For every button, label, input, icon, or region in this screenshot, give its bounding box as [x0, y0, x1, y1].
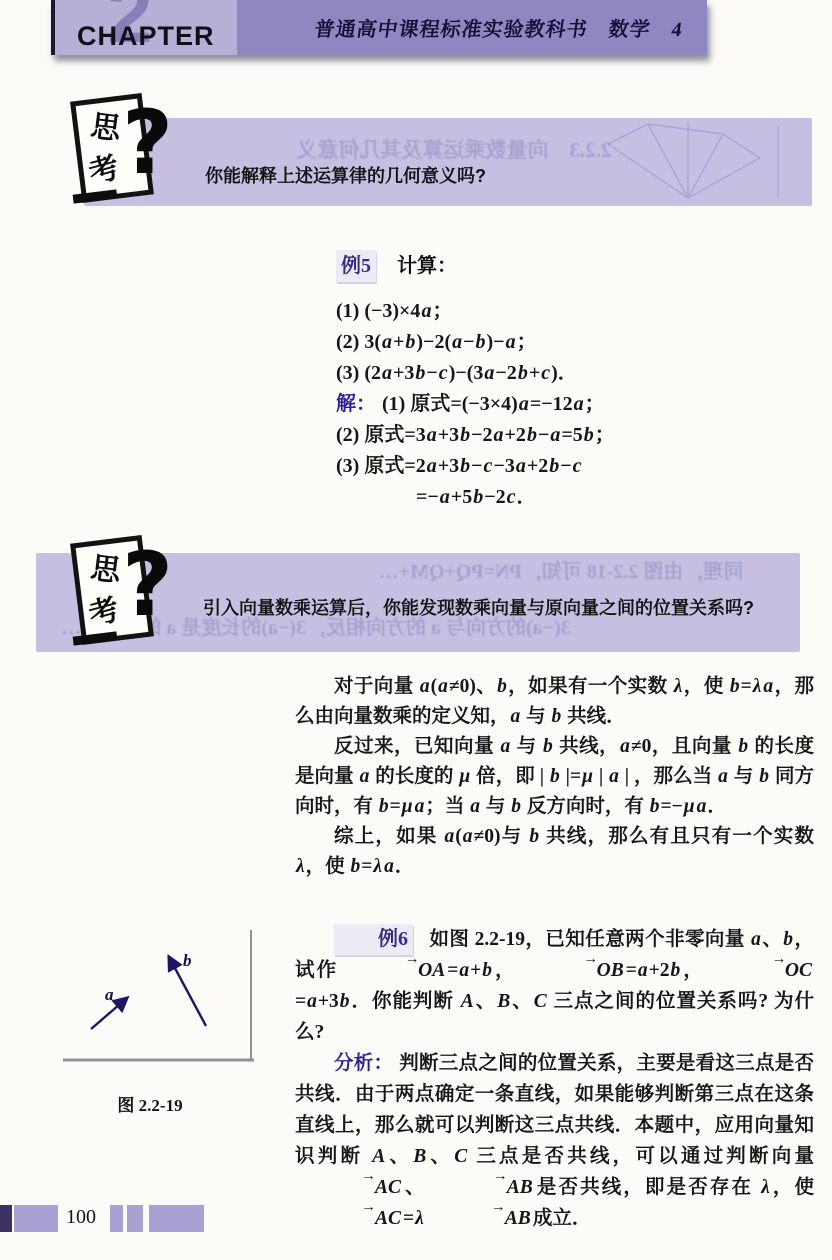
bleed-through-figure	[588, 118, 798, 204]
figure-2-2-19: a b 图 2.2-19	[55, 922, 290, 1116]
question-mark-icon: ?	[122, 541, 173, 629]
badge-underline	[73, 189, 118, 203]
body-paragraphs: 对于向量 a(a≠0)、b，如果有一个实数 λ，使 b=λa，那么由向量数乘的定…	[295, 672, 814, 882]
footer-block	[0, 1205, 12, 1232]
badge-char-si: 思	[89, 543, 124, 590]
footer-block	[149, 1205, 204, 1232]
footer-block	[110, 1205, 123, 1232]
example6-body: 例6如图 2.2-19，已知任意两个非零向量 a、b，试作→OA=a+b，→OB…	[295, 924, 814, 1048]
think-question-2: 引入向量数乘运算后，你能发现数乘向量与原向量之间的位置关系吗?	[203, 594, 754, 620]
math-line: (1) (−3)×4a；	[336, 296, 816, 327]
chapter-label: CHAPTER	[77, 21, 215, 52]
solution-line: (3) 原式=2a+3b−c−3a+2b−c	[336, 451, 816, 482]
badge-char-si: 思	[89, 101, 124, 148]
badge-char-kao: 考	[83, 142, 123, 192]
example5-heading: 例5 计算：	[336, 250, 816, 282]
think-question-1: 你能解释上述运算律的几何意义吗?	[205, 162, 486, 188]
page-footer: 100	[0, 1203, 320, 1235]
banner-title: 普通高中课程标准实验教科书 数学 4	[313, 13, 685, 42]
math-line: (3) (2a+3b−c)−(3a−2b+c)．	[336, 358, 816, 389]
question-mark-icon: ?	[122, 99, 173, 187]
think-badge-2: 思 考 ?	[70, 535, 198, 675]
badge-underline	[73, 631, 118, 645]
think-badge-1: 思 考 ?	[70, 93, 198, 233]
bleed-through-text: 同理，由图 2.2-18 可知，PN=PQ+QM+…	[326, 555, 796, 584]
example5-block: 例5 计算： (1) (−3)×4a； (2) 3(a+b)−2(a−b)−a；…	[336, 250, 816, 513]
footer-block	[127, 1205, 143, 1232]
vector-b-label: b	[183, 951, 192, 970]
math-line: (2) 3(a+b)−2(a−b)−a；	[336, 327, 816, 358]
example6-label: 例6	[334, 924, 413, 955]
figure-frame	[63, 930, 254, 1060]
solution-line: (2) 原式=3a+3b−2a+2b−a=5b；	[336, 420, 816, 451]
figure-caption: 图 2.2-19	[85, 1091, 215, 1116]
vector-a-label: a	[105, 985, 114, 1004]
banner-strip: 普通高中课程标准实验教科书 数学 4	[237, 0, 707, 55]
solution-line: 解：(1) 原式=(−3×4)a=−12a；	[336, 389, 816, 420]
vector-diagram: a b	[55, 922, 290, 1072]
badge-char-kao: 考	[83, 584, 123, 634]
paragraph: 综上，如果 a(a≠0)与 b 共线，那么有且只有一个实数 λ，使 b=λa．	[295, 822, 814, 882]
example5-label: 例5	[336, 250, 376, 282]
textbook-page: 2 CHAPTER 普通高中课程标准实验教科书 数学 4 2.2.3 向量数乘运…	[0, 0, 832, 1260]
page-number: 100	[66, 1206, 96, 1229]
example6-block: 例6如图 2.2-19，已知任意两个非零向量 a、b，试作→OA=a+b，→OB…	[295, 924, 814, 1234]
solution-label: 解：	[336, 393, 376, 415]
example5-title: 计算：	[397, 255, 457, 277]
header-banner: 2 CHAPTER 普通高中课程标准实验教科书 数学 4	[51, 0, 707, 55]
footer-block	[14, 1205, 58, 1232]
analysis-label: 分析：	[334, 1053, 393, 1074]
analysis-paragraph: 分析：判断三点之间的位置关系，主要是看这三点是否共线．由于两点确定一条直线，如果…	[295, 1048, 814, 1234]
solution-line-continued: =−a+5b−2c．	[336, 482, 816, 513]
paragraph: 对于向量 a(a≠0)、b，如果有一个实数 λ，使 b=λa，那么由向量数乘的定…	[295, 672, 814, 732]
paragraph: 反过来，已知向量 a 与 b 共线，a≠0，且向量 b 的长度是向量 a 的长度…	[295, 732, 814, 822]
chapter-tab: 2 CHAPTER	[51, 0, 237, 55]
